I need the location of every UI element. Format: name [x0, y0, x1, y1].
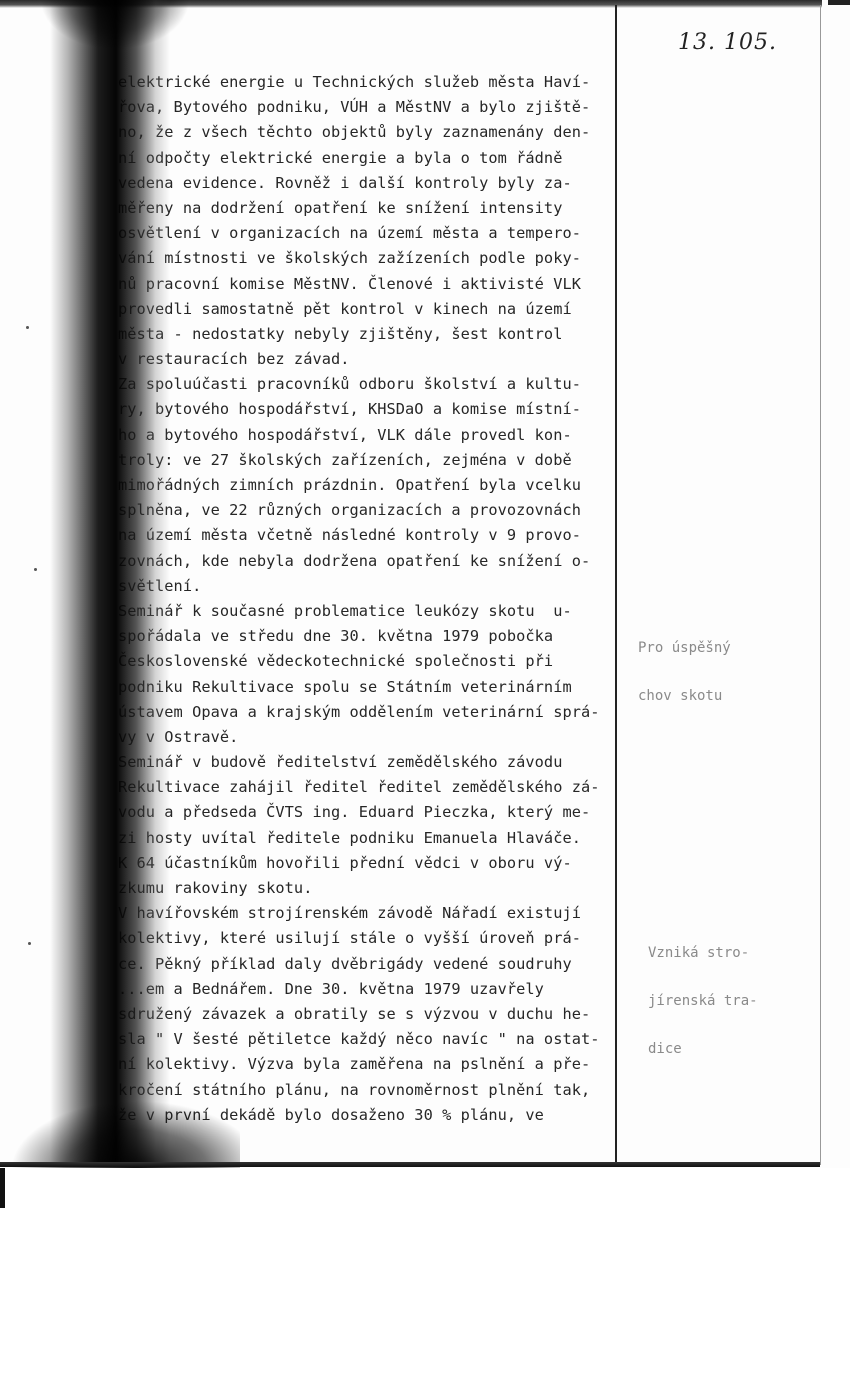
- margin-note-line: chov skotu: [638, 688, 731, 704]
- page-bottom-edge: [0, 1162, 820, 1167]
- text-line: sdružený závazek a obratily se s výzvou …: [118, 1002, 618, 1027]
- text-line: splněna, ve 22 různých organizacích a pr…: [118, 498, 618, 523]
- text-line: vedena evidence. Rovněž i další kontroly…: [118, 171, 618, 196]
- text-line: K 64 účastníkům hovořili přední vědci v …: [118, 851, 618, 876]
- folio-number: 13. 105.: [678, 30, 777, 55]
- text-line: provedli samostatně pět kontrol v kinech…: [118, 297, 618, 322]
- text-line: vodu a předseda ČVTS ing. Eduard Pieczka…: [118, 800, 618, 825]
- text-line: sla " V šesté pětiletce každý něco navíc…: [118, 1027, 618, 1052]
- text-line: Československé vědeckotechnické společno…: [118, 649, 618, 674]
- text-line: ce. Pěkný příklad daly dvěbrigády vedené…: [118, 952, 618, 977]
- text-line: podniku Rekultivace spolu se Státním vet…: [118, 675, 618, 700]
- scan-speck: [28, 942, 31, 945]
- text-line: Rekultivace zahájil ředitel ředitel země…: [118, 775, 618, 800]
- right-edge-line: [820, 5, 821, 1165]
- text-line: měřeny na dodržení opatření ke snížení i…: [118, 196, 618, 221]
- text-line: řova, Bytového podniku, VÚH a MěstNV a b…: [118, 95, 618, 120]
- text-line: zi hosty uvítal ředitele podniku Emanuel…: [118, 826, 618, 851]
- book-spine-shadow: [50, 0, 170, 1165]
- text-line: ry, bytového hospodářství, KHSDaO a komi…: [118, 397, 618, 422]
- text-line: mimořádných zimních prázdnin. Opatření b…: [118, 473, 618, 498]
- margin-note-cattle: Pro úspěšný chov skotu: [638, 608, 731, 736]
- text-line: ústavem Opava a krajským oddělením veter…: [118, 700, 618, 725]
- text-line: kročení státního plánu, na rovnoměrnost …: [118, 1078, 618, 1103]
- spine-shadow-top: [40, 0, 190, 50]
- text-line: města - nedostatky nebyly zjištěny, šest…: [118, 322, 618, 347]
- margin-note-line: Pro úspěšný: [638, 640, 731, 656]
- text-line: světlení.: [118, 574, 618, 599]
- text-line: kolektivy, které usilují stále o vyšší ú…: [118, 926, 618, 951]
- text-line: no, že z všech těchto objektů byly zazna…: [118, 120, 618, 145]
- scan-border-stub: [0, 1168, 5, 1208]
- margin-note-engineering: Vzniká stro- jírenská tra- dice: [648, 913, 758, 1089]
- body-text: elektrické energie u Technických služeb …: [118, 70, 618, 1128]
- text-line: elektrické energie u Technických služeb …: [118, 70, 618, 95]
- text-line: Seminář v budově ředitelství zemědělskéh…: [118, 750, 618, 775]
- margin-note-line: dice: [648, 1041, 758, 1057]
- page-top-edge-right: [828, 0, 850, 5]
- text-line: vy v Ostravě.: [118, 725, 618, 750]
- text-line: troly: ve 27 školských zařízeních, zejmé…: [118, 448, 618, 473]
- text-line: V havířovském strojírenském závodě Nářad…: [118, 901, 618, 926]
- text-line: Za spoluúčasti pracovníků odboru školstv…: [118, 372, 618, 397]
- scanned-page: 13. 105. elektrické energie u Technickýc…: [0, 0, 850, 1168]
- text-line: ...em a Bednářem. Dne 30. května 1979 uz…: [118, 977, 618, 1002]
- text-line: Seminář k současné problematice leukózy …: [118, 599, 618, 624]
- margin-note-line: jírenská tra-: [648, 993, 758, 1009]
- text-line: nů pracovní komise MěstNV. Členové i akt…: [118, 272, 618, 297]
- scan-speck: [26, 326, 29, 329]
- text-line: ho a bytového hospodářství, VLK dále pro…: [118, 423, 618, 448]
- text-line: vání místnosti ve školských zažízeních p…: [118, 246, 618, 271]
- text-line: zkumu rakoviny skotu.: [118, 876, 618, 901]
- text-line: ní odpočty elektrické energie a byla o t…: [118, 146, 618, 171]
- text-line: ní kolektivy. Výzva byla zaměřena na psl…: [118, 1052, 618, 1077]
- margin-note-line: Vzniká stro-: [648, 945, 758, 961]
- text-line: spořádala ve středu dne 30. května 1979 …: [118, 624, 618, 649]
- spine-shadow-bottom: [10, 1100, 240, 1168]
- text-line: v restauracích bez závad.: [118, 347, 618, 372]
- scan-speck: [34, 568, 37, 571]
- text-line: osvětlení v organizacích na území města …: [118, 221, 618, 246]
- text-line: zovnách, kde nebyla dodržena opatření ke…: [118, 549, 618, 574]
- text-line: na území města včetně následné kontroly …: [118, 523, 618, 548]
